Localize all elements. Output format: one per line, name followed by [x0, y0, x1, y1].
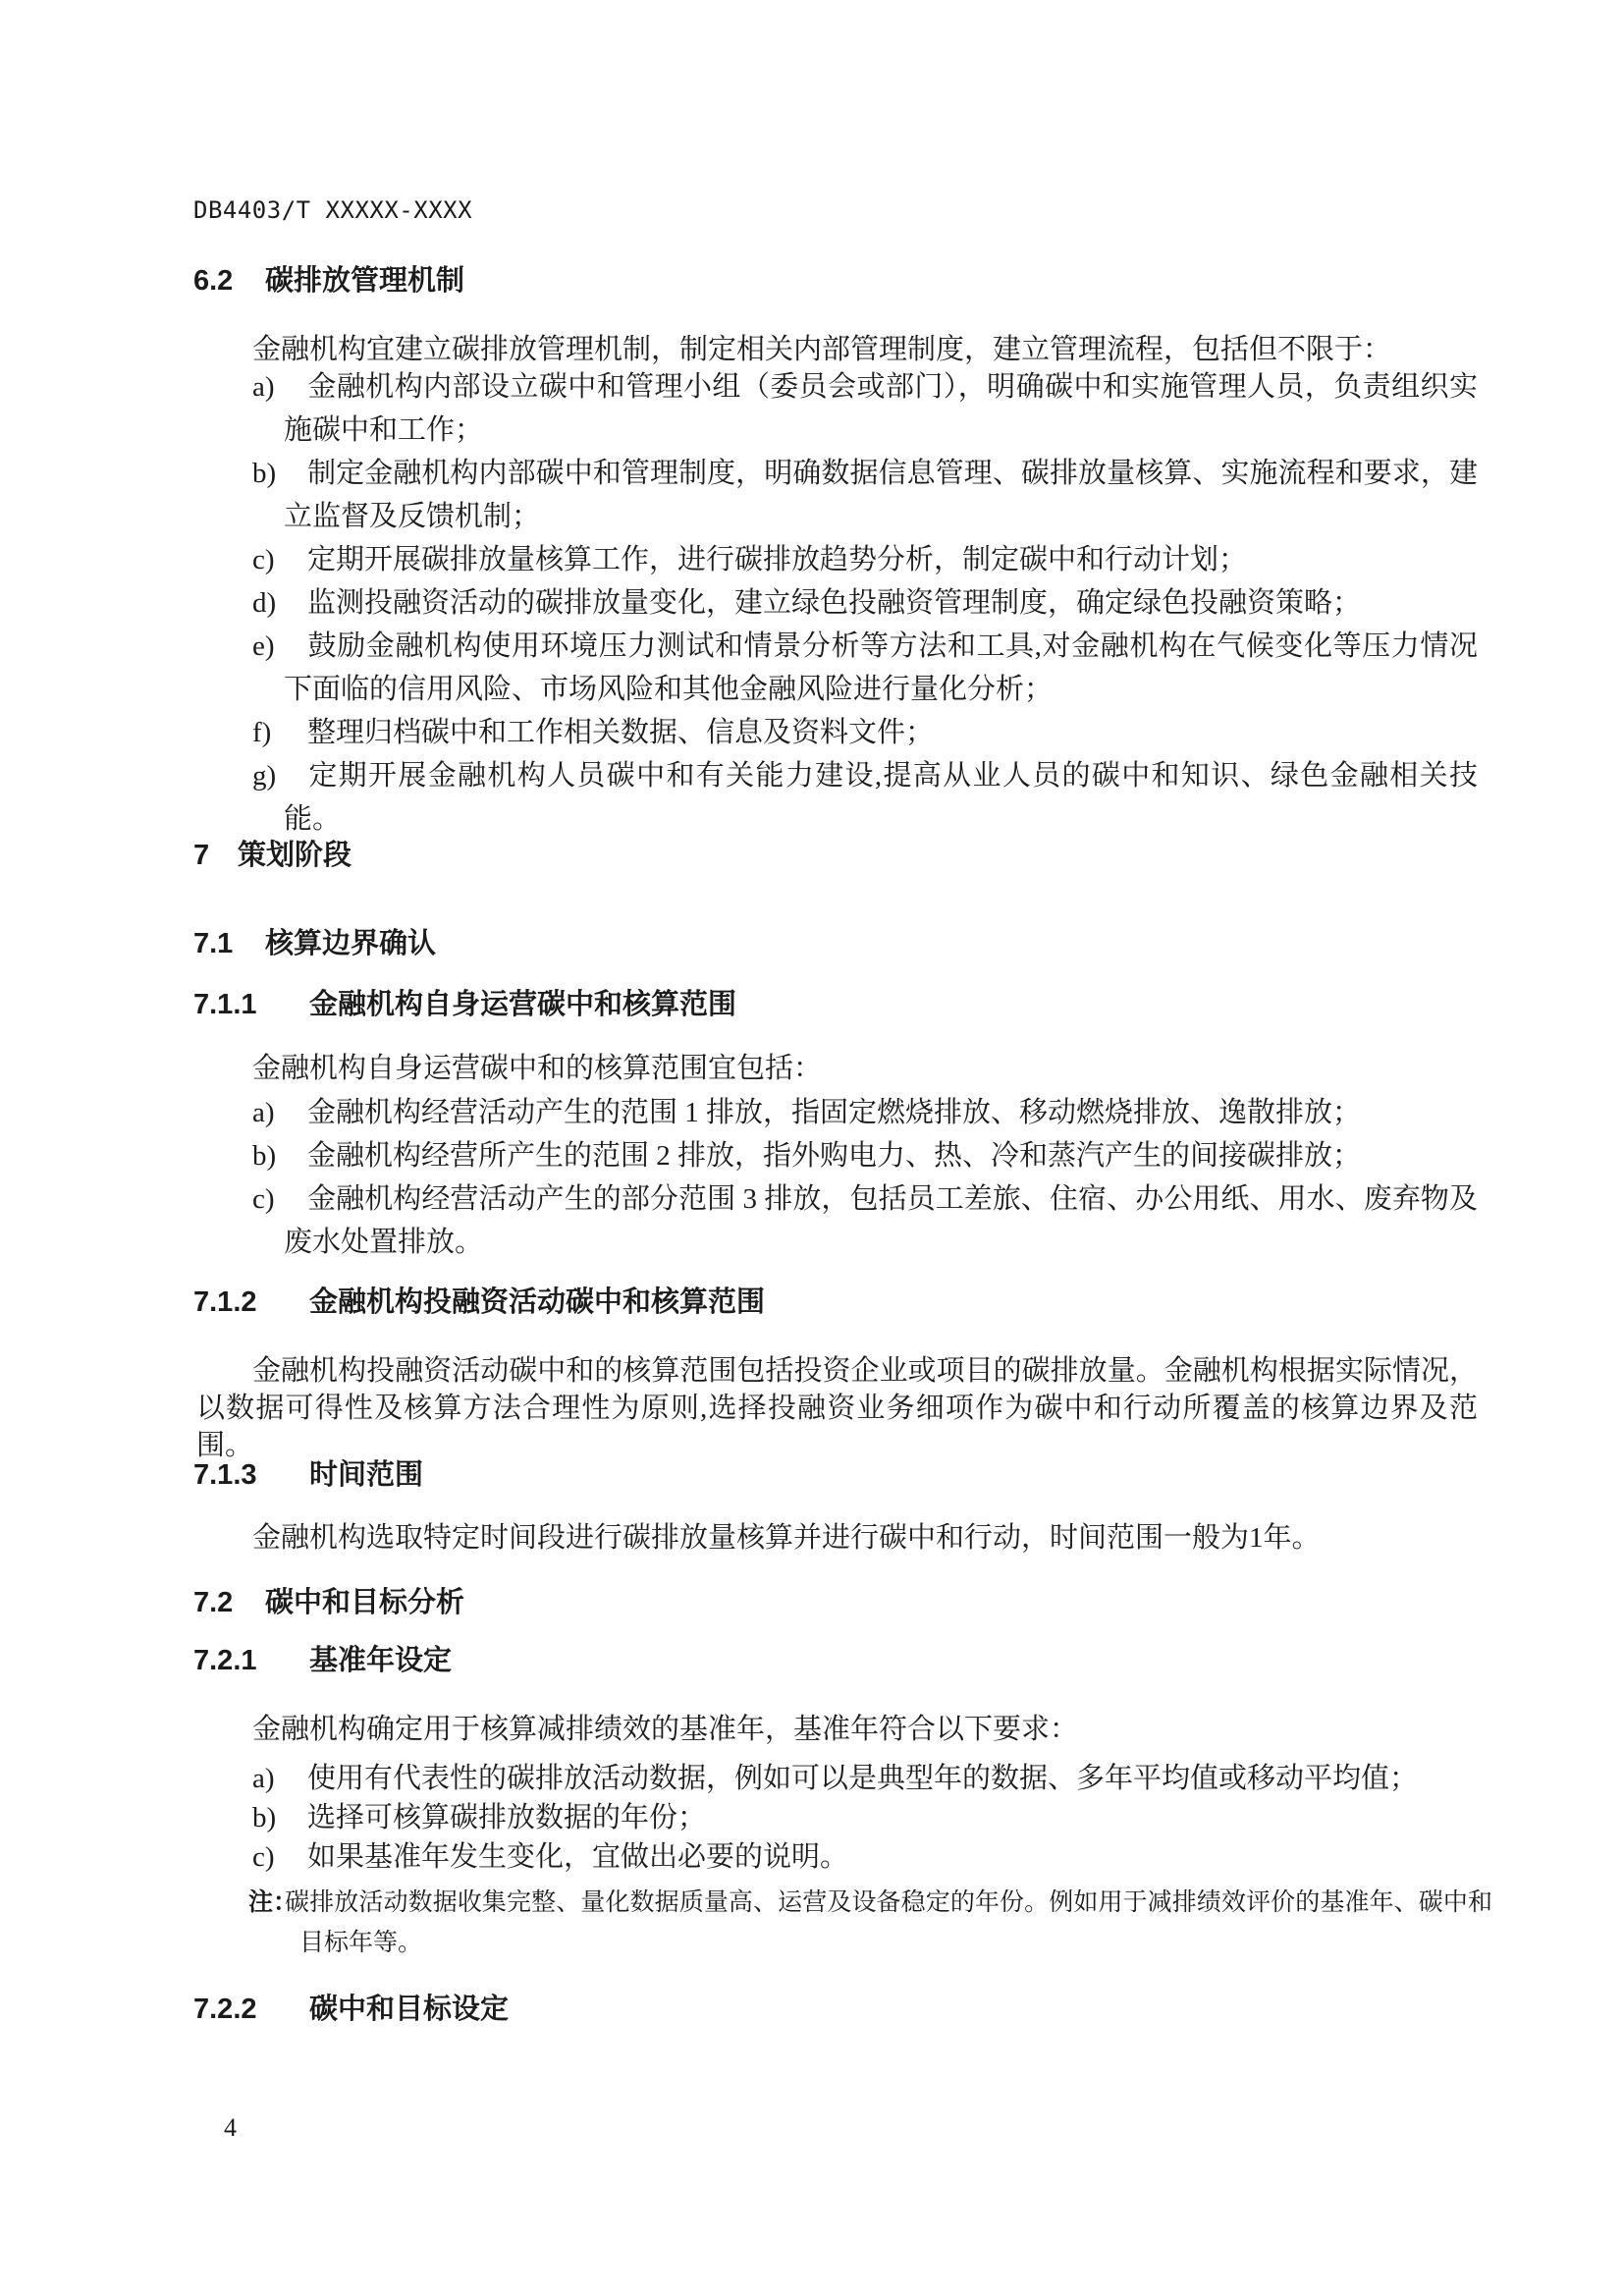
list-item-marker: b)	[252, 1134, 307, 1177]
heading-number: 6.2	[193, 264, 265, 298]
heading-6-2: 6.2碳排放管理机制	[193, 264, 464, 298]
heading-number: 7.2.2	[193, 1993, 309, 2026]
list-item-marker: d)	[252, 581, 307, 625]
heading-title: 核算边界确认	[265, 928, 436, 959]
heading-7-1-1: 7.1.1金融机构自身运营碳中和核算范围	[193, 988, 736, 1021]
list-item-text: 金融机构内部设立碳中和管理小组（委员会或部门），明确碳中和实施管理人员，负责组织…	[284, 371, 1478, 446]
heading-number: 7.1.1	[193, 988, 309, 1021]
heading-number: 7.2.1	[193, 1644, 309, 1677]
list-item-marker: b)	[252, 1798, 307, 1837]
heading-7-1: 7.1核算边界确认	[193, 927, 436, 960]
heading-number: 7.2	[193, 1586, 265, 1619]
list-item-marker: b)	[252, 452, 307, 495]
list-item-text: 鼓励金融机构使用环境压力测试和情景分析等方法和工具,对金融机构在气候变化等压力情…	[284, 630, 1478, 705]
list-item-marker: g)	[252, 754, 307, 797]
list-item: g)定期开展金融机构人员碳中和有关能力建设,提高从业人员的碳中和知识、绿色金融相…	[284, 754, 1478, 841]
heading-number: 7.1.2	[193, 1285, 309, 1319]
list-item: c)金融机构经营活动产生的部分范围 3 排放，包括员工差旅、住宿、办公用纸、用水…	[284, 1177, 1478, 1264]
list-item: a)金融机构内部设立碳中和管理小组（委员会或部门），明确碳中和实施管理人员，负责…	[284, 365, 1478, 452]
list-item: c)定期开展碳排放量核算工作，进行碳排放趋势分析，制定碳中和行动计划；	[284, 538, 1478, 581]
list-item-text: 制定金融机构内部碳中和管理制度，明确数据信息管理、碳排放量核算、实施流程和要求，…	[284, 458, 1478, 532]
paragraph-7-1-1-intro: 金融机构自身运营碳中和的核算范围宜包括：	[196, 1050, 1478, 1087]
list-item: b)选择可核算碳排放数据的年份；	[284, 1798, 1478, 1837]
list-item: d)监测投融资活动的碳排放量变化，建立绿色投融资管理制度，确定绿色投融资策略；	[284, 581, 1478, 625]
note-7-2-1: 注：碳排放活动数据收集完整、量化数据质量高、运营及设备稳定的年份。例如用于减排绩…	[299, 1883, 1492, 1963]
list-item-text: 整理归档碳中和工作相关数据、信息及资料文件；	[307, 717, 934, 748]
heading-number: 7.1	[193, 927, 265, 960]
list-item-text: 定期开展金融机构人员碳中和有关能力建设,提高从业人员的碳中和知识、绿色金融相关技…	[284, 760, 1478, 835]
heading-title: 碳排放管理机制	[265, 265, 464, 297]
heading-title: 策划阶段	[238, 840, 352, 871]
list-item: a)使用有代表性的碳排放活动数据，例如可以是典型年的数据、多年平均值或移动平均值…	[284, 1759, 1478, 1798]
heading-title: 金融机构投融资活动碳中和核算范围	[309, 1286, 765, 1318]
note-label: 注：	[248, 1883, 285, 1923]
heading-7: 7策划阶段	[193, 839, 352, 872]
document-page: DB4403/T XXXXX-XXXX 6.2碳排放管理机制 金融机构宜建立碳排…	[0, 0, 1623, 2296]
page-number: 4	[224, 2113, 237, 2143]
list-item-marker: a)	[252, 1759, 307, 1798]
heading-title: 碳中和目标分析	[265, 1587, 464, 1618]
paragraph-7-2-1-intro: 金融机构确定用于核算减排绩效的基准年，基准年符合以下要求：	[196, 1711, 1478, 1748]
list-item-text: 如果基准年发生变化，宜做出必要的说明。	[307, 1841, 848, 1873]
paragraph-7-1-2: 金融机构投融资活动碳中和的核算范围包括投资企业或项目的碳排放量。金融机构根据实际…	[196, 1352, 1478, 1464]
heading-7-1-3: 7.1.3时间范围	[193, 1458, 423, 1492]
list-item-marker: f)	[252, 711, 307, 754]
list-item-text: 选择可核算碳排放数据的年份；	[307, 1802, 706, 1833]
list-item-marker: e)	[252, 625, 307, 668]
list-item-marker: a)	[252, 365, 307, 409]
heading-7-2-1: 7.2.1基准年设定	[193, 1644, 452, 1677]
list-item: b)制定金融机构内部碳中和管理制度，明确数据信息管理、碳排放量核算、实施流程和要…	[284, 452, 1478, 538]
heading-title: 时间范围	[309, 1459, 423, 1491]
heading-title: 基准年设定	[309, 1645, 452, 1676]
list-item-marker: c)	[252, 1177, 307, 1221]
heading-7-2: 7.2碳中和目标分析	[193, 1586, 464, 1619]
list-item-marker: c)	[252, 538, 307, 581]
list-item-marker: c)	[252, 1837, 307, 1877]
list-item-text: 定期开展碳排放量核算工作，进行碳排放趋势分析，制定碳中和行动计划；	[307, 544, 1247, 575]
heading-number: 7	[193, 839, 238, 872]
heading-title: 碳中和目标设定	[309, 1994, 509, 2025]
list-item-text: 监测投融资活动的碳排放量变化，建立绿色投融资管理制度，确定绿色投融资策略；	[307, 587, 1361, 619]
list-item: f)整理归档碳中和工作相关数据、信息及资料文件；	[284, 711, 1478, 754]
list-item-text: 金融机构经营活动产生的范围 1 排放，指固定燃烧排放、移动燃烧排放、逸散排放；	[307, 1097, 1361, 1128]
list-item-text: 金融机构经营活动产生的部分范围 3 排放，包括员工差旅、住宿、办公用纸、用水、废…	[284, 1183, 1478, 1258]
list-item: b)金融机构经营所产生的范围 2 排放，指外购电力、热、冷和蒸汽产生的间接碳排放…	[284, 1134, 1478, 1177]
list-7-1-1: a)金融机构经营活动产生的范围 1 排放，指固定燃烧排放、移动燃烧排放、逸散排放…	[196, 1091, 1478, 1264]
list-item: e)鼓励金融机构使用环境压力测试和情景分析等方法和工具,对金融机构在气候变化等压…	[284, 625, 1478, 711]
heading-7-2-2: 7.2.2碳中和目标设定	[193, 1993, 509, 2026]
heading-7-1-2: 7.1.2金融机构投融资活动碳中和核算范围	[193, 1285, 765, 1319]
list-item: c)如果基准年发生变化，宜做出必要的说明。	[284, 1837, 1478, 1877]
document-header-code: DB4403/T XXXXX-XXXX	[193, 196, 472, 224]
list-item: a)金融机构经营活动产生的范围 1 排放，指固定燃烧排放、移动燃烧排放、逸散排放…	[284, 1091, 1478, 1134]
list-item-text: 使用有代表性的碳排放活动数据，例如可以是典型年的数据、多年平均值或移动平均值；	[307, 1763, 1418, 1794]
note-text: 碳排放活动数据收集完整、量化数据质量高、运营及设备稳定的年份。例如用于减排绩效评…	[285, 1889, 1492, 1956]
paragraph-6-2-intro: 金融机构宜建立碳排放管理机制，制定相关内部管理制度，建立管理流程，包括但不限于：	[196, 331, 1478, 368]
heading-title: 金融机构自身运营碳中和核算范围	[309, 989, 736, 1020]
list-item-text: 金融机构经营所产生的范围 2 排放，指外购电力、热、冷和蒸汽产生的间接碳排放；	[307, 1140, 1361, 1172]
list-item-marker: a)	[252, 1091, 307, 1134]
list-7-2-1: a)使用有代表性的碳排放活动数据，例如可以是典型年的数据、多年平均值或移动平均值…	[196, 1759, 1478, 1877]
heading-number: 7.1.3	[193, 1458, 309, 1492]
paragraph-7-1-3: 金融机构选取特定时间段进行碳排放量核算并进行碳中和行动，时间范围一般为1年。	[196, 1519, 1478, 1557]
list-6-2: a)金融机构内部设立碳中和管理小组（委员会或部门），明确碳中和实施管理人员，负责…	[196, 365, 1478, 841]
